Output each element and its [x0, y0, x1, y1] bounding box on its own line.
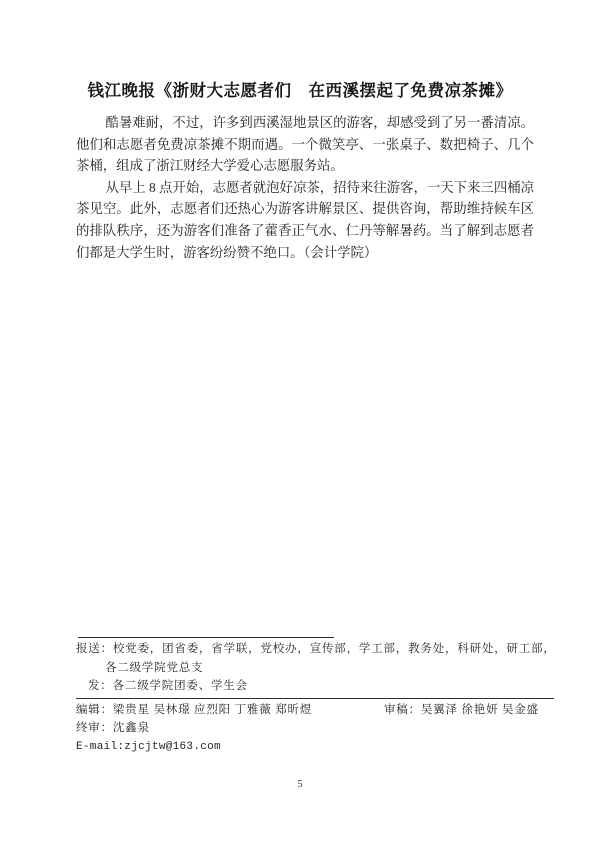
reviewer-label: 审稿： [384, 704, 421, 716]
article-title: 钱江晚报《浙财大志愿者们 在西溪摆起了免费凉茶摊》 [0, 77, 600, 101]
page-footer: 报送：校党委，团省委，省学联，党校办，宣传部，学工部，教务处，科研处，研工部， … [76, 637, 554, 757]
report-to-row: 报送：校党委，团省委，省学联，党校办，宣传部，学工部，教务处，科研处，研工部， [76, 640, 554, 659]
email-line: E-mail:zjcjtw@163.com [76, 738, 554, 757]
report-to-list: 校党委，团省委，省学联，党校办，宣传部，学工部，教务处，科研处，研工部， [113, 643, 556, 655]
page-number: 5 [0, 779, 600, 790]
final-review-label: 终审： [76, 722, 113, 734]
editor-names: 梁贵星 吴林璟 应烈阳 丁雅薇 郑昕煜 [113, 704, 312, 716]
body-paragraph: 酷暑难耐，不过，许多到西溪湿地景区的游客，却感受到了另一番清凉。他们和志愿者免费… [76, 112, 534, 177]
footer-divider-short [78, 637, 334, 638]
final-review-row: 终审：沈鑫泉 [76, 719, 554, 738]
document-page: 钱江晚报《浙财大志愿者们 在西溪摆起了免费凉茶摊》 酷暑难耐，不过，许多到西溪湿… [0, 0, 600, 848]
issue-to-list: 各二级学院团委、学生会 [113, 680, 248, 692]
issue-to-row: 发：各二级学院团委、学生会 [76, 677, 554, 696]
final-reviewer-name: 沈鑫泉 [113, 722, 150, 734]
editor-group: 编辑：梁贵星 吴林璟 应烈阳 丁雅薇 郑昕煜 [76, 704, 312, 716]
reviewer-group: 审稿：吴翼泽 徐艳妍 吴金盛 [384, 701, 539, 720]
issue-to-label: 发： [88, 680, 113, 692]
body-paragraph: 从早上 8 点开始，志愿者就泡好凉茶，招待来往游客，一天下来三四桶凉茶见空。此外… [76, 177, 534, 263]
report-to-label: 报送： [76, 643, 113, 655]
editors-row: 编辑：梁贵星 吴林璟 应烈阳 丁雅薇 郑昕煜 审稿：吴翼泽 徐艳妍 吴金盛 [76, 701, 554, 720]
article-body: 酷暑难耐，不过，许多到西溪湿地景区的游客，却感受到了另一番清凉。他们和志愿者免费… [76, 112, 534, 263]
footer-divider-full [76, 698, 554, 699]
editor-label: 编辑： [76, 704, 113, 716]
reviewer-names: 吴翼泽 徐艳妍 吴金盛 [421, 704, 539, 716]
report-to-continuation: 各二级学院党总支 [76, 659, 554, 678]
